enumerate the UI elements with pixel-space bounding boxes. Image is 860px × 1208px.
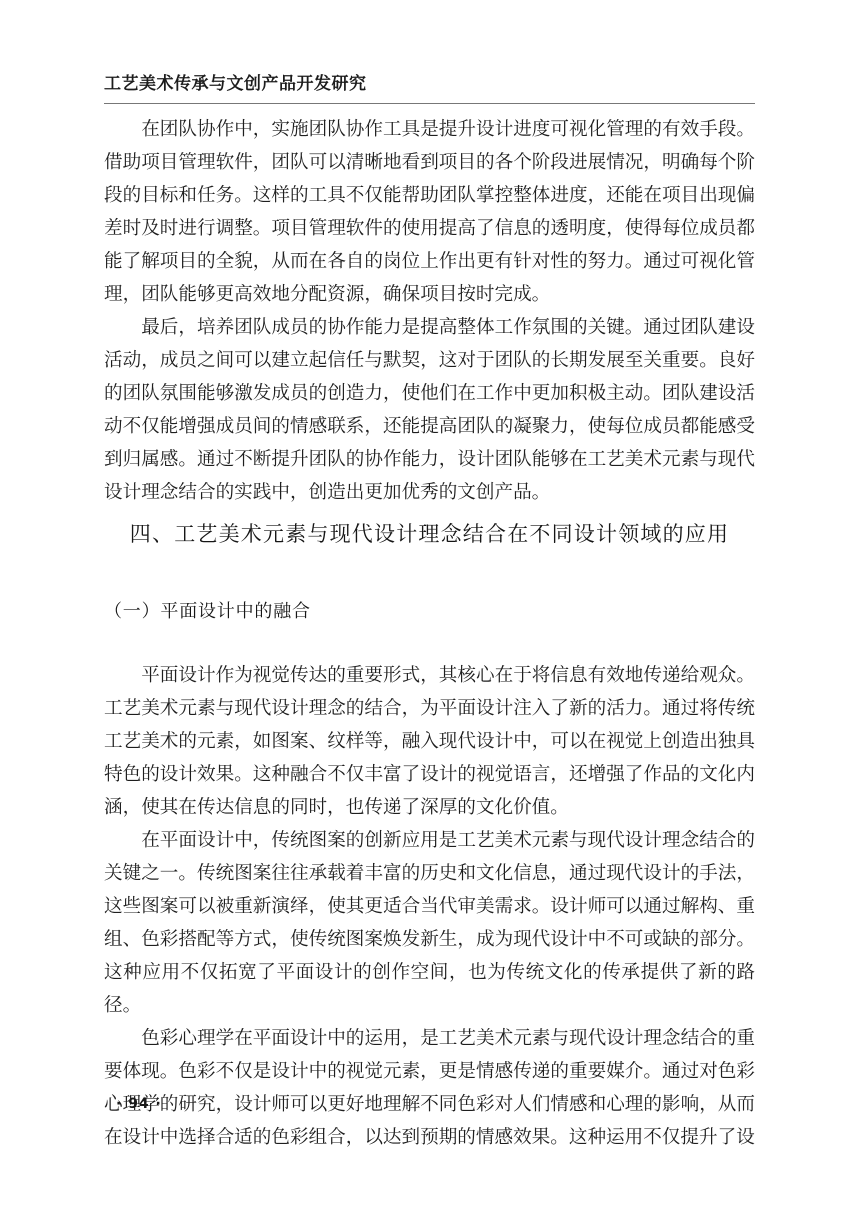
paragraph-team-collaboration: 最后，培养团队成员的协作能力是提高整体工作氛围的关键。通过团队建设活动，成员之间… <box>104 311 755 509</box>
page-number: · 94 · <box>116 1096 162 1112</box>
paragraph-traditional-patterns: 在平面设计中，传统图案的创新应用是工艺美术元素与现代设计理念结合的关键之一。传统… <box>104 824 755 1022</box>
section-heading: 四、工艺美术元素与现代设计理念结合在不同设计领域的应用 <box>104 509 755 575</box>
subsection-heading: （一）平面设计中的融合 <box>104 575 755 659</box>
header-rule-divider <box>104 103 755 104</box>
paragraph-graphic-design-intro: 平面设计作为视觉传达的重要形式，其核心在于将信息有效地传递给观众。工艺美术元素与… <box>104 659 755 824</box>
paragraph-team-tools: 在团队协作中，实施团队协作工具是提升设计进度可视化管理的有效手段。借助项目管理软… <box>104 113 755 311</box>
running-head-title: 工艺美术传承与文创产品开发研究 <box>104 72 755 96</box>
page-body: 在团队协作中，实施团队协作工具是提升设计进度可视化管理的有效手段。借助项目管理软… <box>104 113 755 1154</box>
book-page: 工艺美术传承与文创产品开发研究 在团队协作中，实施团队协作工具是提升设计进度可视… <box>0 0 860 1208</box>
paragraph-color-psychology: 色彩心理学在平面设计中的运用，是工艺美术元素与现代设计理念结合的重要体现。色彩不… <box>104 1022 755 1154</box>
